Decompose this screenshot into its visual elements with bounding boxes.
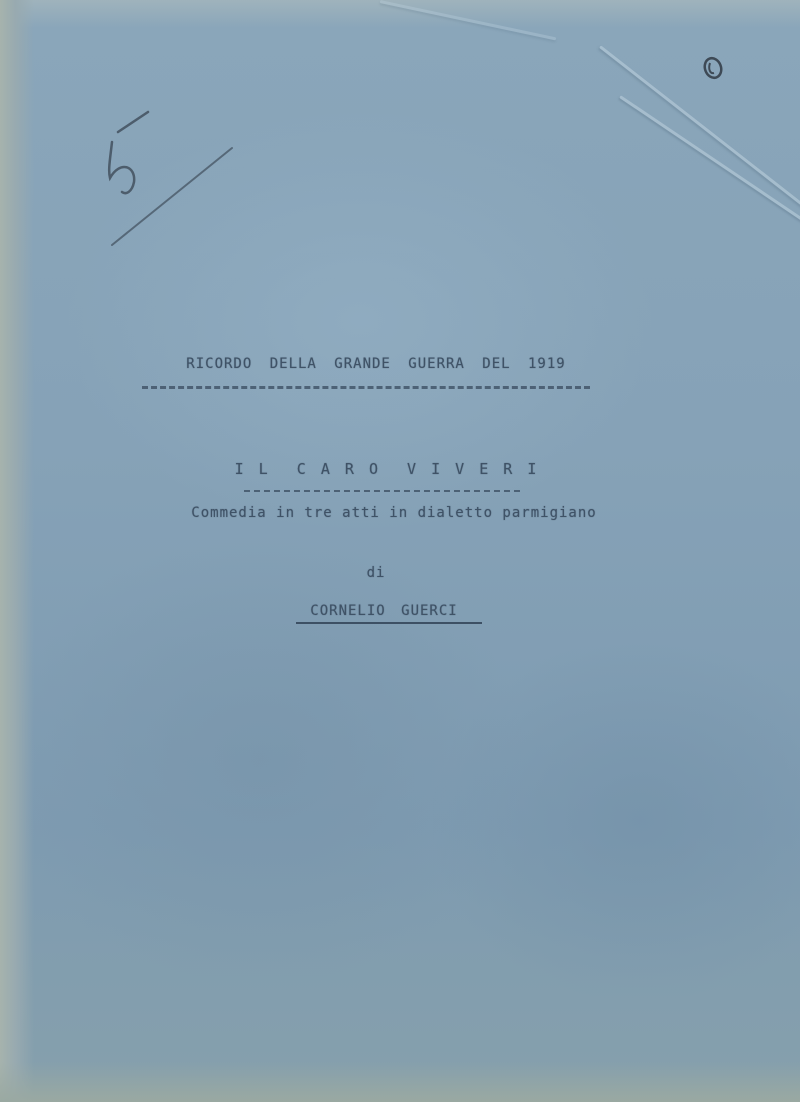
- title-underline: [244, 490, 520, 492]
- handwritten-number-mark: [100, 100, 250, 260]
- document-heading: RICORDO DELLA GRANDE GUERRA DEL 1919: [0, 356, 776, 372]
- author-underline: [296, 622, 482, 624]
- paper-edge-bottom: [0, 1062, 800, 1102]
- play-subtitle: Commedia in tre atti in dialetto parmigi…: [0, 505, 794, 521]
- by-label: di: [0, 565, 776, 581]
- play-title: I L C A R O V I V E R I: [0, 460, 786, 478]
- document-page: RICORDO DELLA GRANDE GUERRA DEL 1919 I L…: [0, 0, 800, 1102]
- paper-edge-left: [0, 0, 34, 1102]
- paper-crease: [619, 95, 800, 226]
- circled-annotation-icon: [700, 55, 726, 81]
- author-name: CORNELIO GUERCI: [0, 603, 784, 619]
- heading-underline: [142, 386, 590, 389]
